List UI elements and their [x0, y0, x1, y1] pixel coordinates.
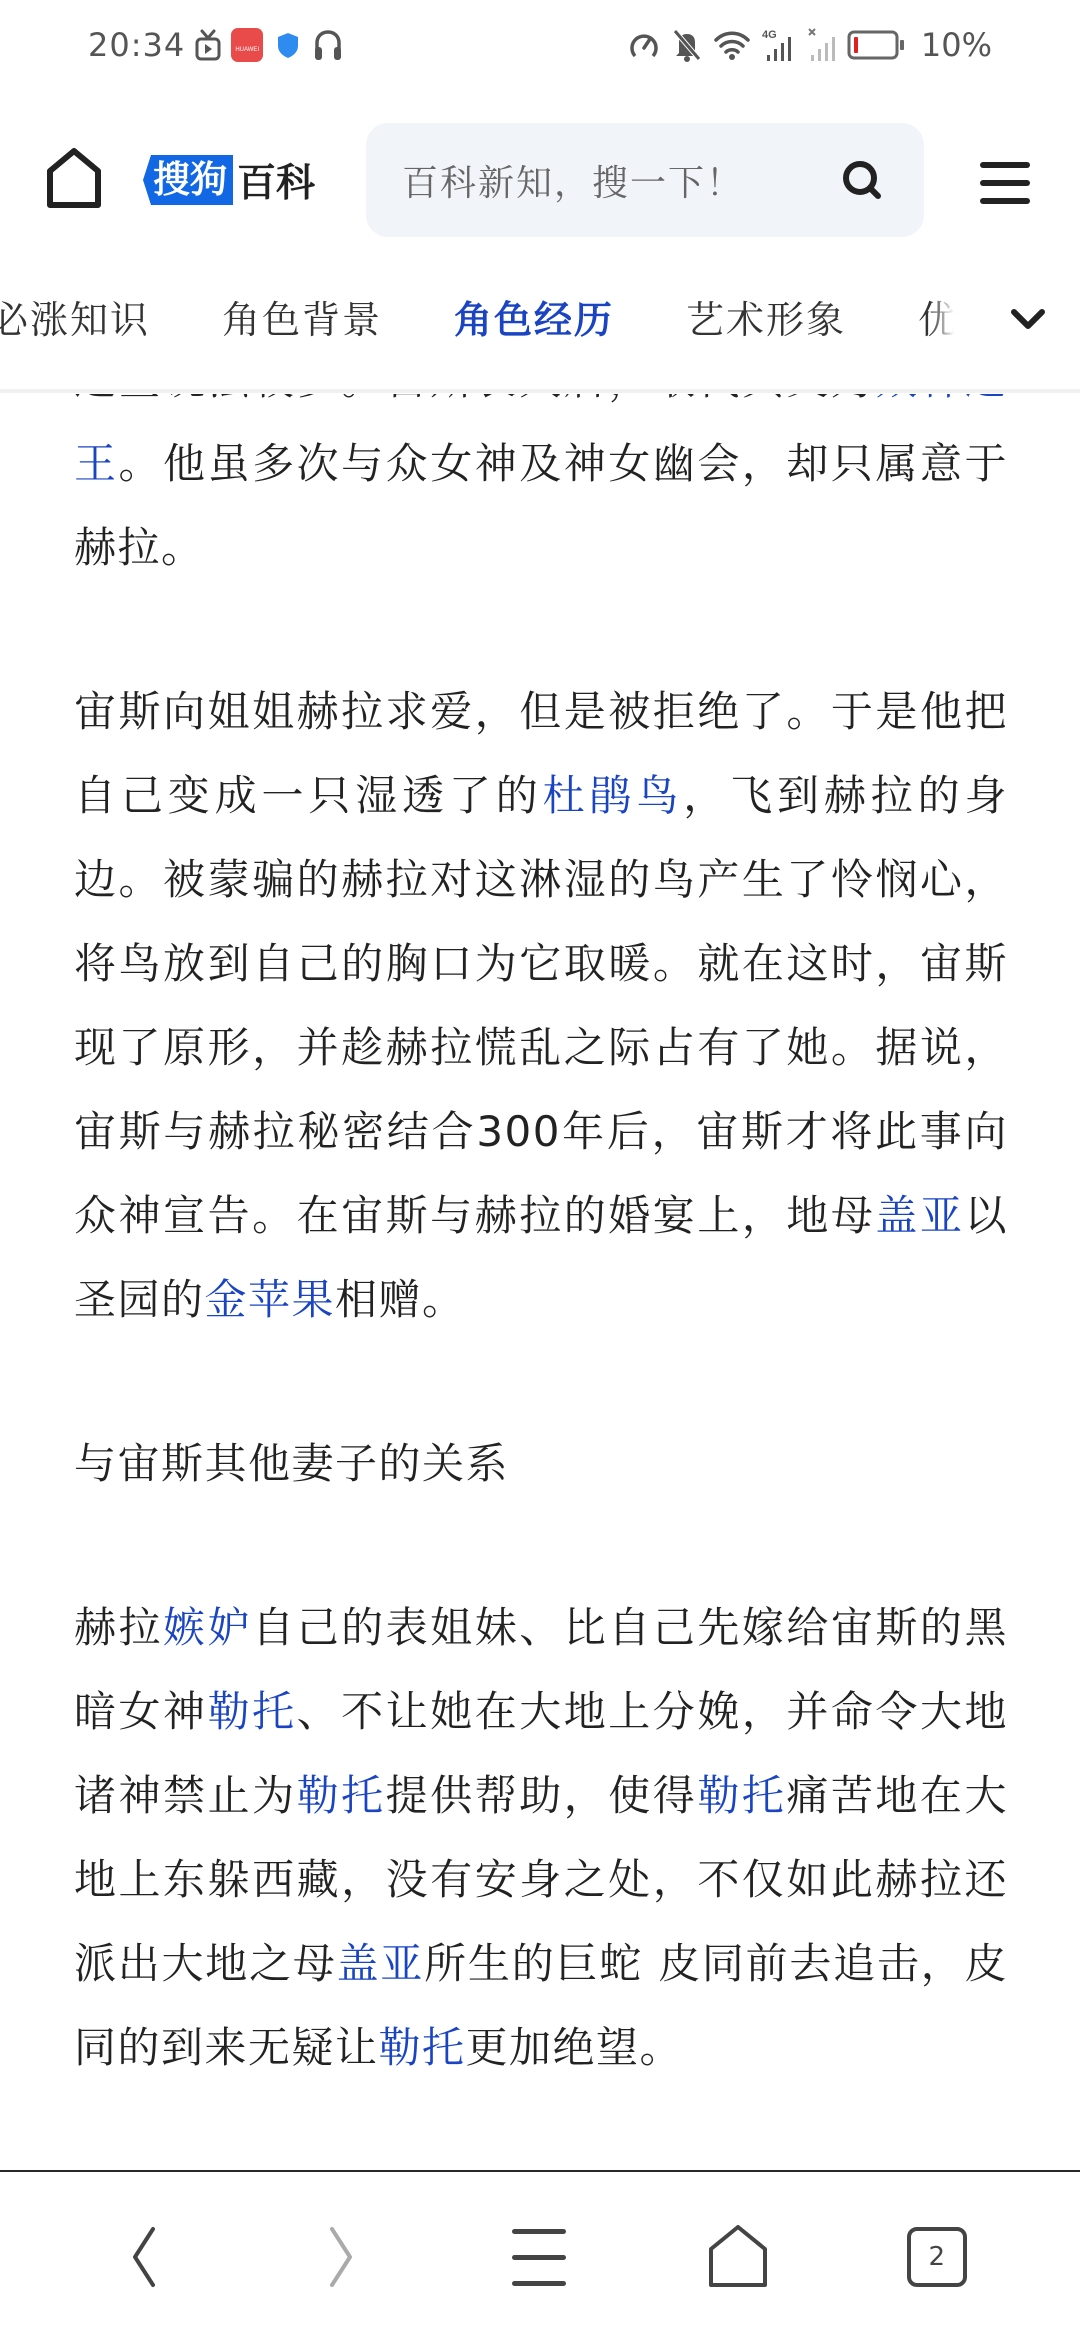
paragraph: 这些说法较少。宙斯长大后，取代其父为众神之王。他虽多次与众女神及神女幽会，却只属…	[74, 394, 1008, 590]
chevron-down-icon	[1010, 308, 1046, 332]
back-button[interactable]	[83, 2172, 203, 2340]
link-golden-apple[interactable]: 金苹果	[205, 1275, 336, 1324]
tv-icon	[195, 29, 221, 61]
hamburger-icon	[980, 161, 1030, 205]
huawei-appgallery-icon: HUAWEI	[231, 28, 263, 62]
home-icon	[707, 2225, 769, 2289]
link-gaia[interactable]: 盖亚	[337, 1939, 425, 1988]
tab-count: 2	[928, 2242, 945, 2272]
section-subheading: 与宙斯其他妻子的关系	[74, 1422, 1008, 1506]
home-icon	[44, 147, 104, 209]
paragraph: 赫拉嫉妒自己的表姐妹、比自己先嫁给宙斯的黑暗女神勒托、不让她在大地上分娩，并命令…	[74, 1586, 1008, 2090]
text: 这些说法较少。宙斯长大后，取代其父为	[74, 394, 875, 404]
tabs-expand-button[interactable]	[950, 250, 1080, 389]
link-jealousy[interactable]: 嫉妒	[163, 1603, 252, 1652]
sogou-baike-logo[interactable]: 搜狗 百科	[143, 155, 315, 205]
browser-bottom-nav: 2	[0, 2170, 1080, 2340]
section-tabs: 必涨知识 角色背景 角色经历 艺术形象 优	[0, 250, 1080, 393]
search-icon[interactable]	[840, 158, 884, 202]
shield-icon	[273, 27, 303, 63]
forward-button[interactable]	[282, 2172, 402, 2340]
svg-text:4G: 4G	[762, 29, 777, 41]
text: 提供帮助，使得	[386, 1771, 698, 1820]
tab-trivia[interactable]: 必涨知识	[0, 290, 150, 350]
tab-character-background[interactable]: 角色背景	[222, 290, 382, 350]
home-button[interactable]	[44, 147, 104, 209]
link-leto[interactable]: 勒托	[379, 2023, 466, 2072]
text: 更加绝望。	[466, 2023, 684, 2072]
status-time: 20:34	[88, 26, 185, 64]
link-gaia[interactable]: 盖亚	[875, 1191, 964, 1240]
browser-home-button[interactable]	[678, 2172, 798, 2340]
article-content[interactable]: 这些说法较少。宙斯长大后，取代其父为众神之王。他虽多次与众女神及神女幽会，却只属…	[0, 394, 1080, 2170]
article-body: 这些说法较少。宙斯长大后，取代其父为众神之王。他虽多次与众女神及神女幽会，却只属…	[74, 394, 1008, 2170]
data-saver-icon	[627, 28, 661, 62]
wifi-icon	[713, 28, 751, 62]
link-leto[interactable]: 勒托	[297, 1771, 386, 1820]
header: 搜狗 百科 百科新知，搜一下！	[0, 123, 1080, 237]
status-right: 4G 10%	[627, 26, 992, 64]
link-leto[interactable]: 勒托	[208, 1687, 297, 1736]
tab-count-badge: 2	[907, 2227, 967, 2287]
text: ，飞到赫拉的身边。被蒙骗的赫拉对这淋湿的鸟产生了怜悯心，将鸟放到自己的胸口为它取…	[74, 771, 1008, 1240]
link-leto[interactable]: 勒托	[697, 1771, 786, 1820]
logo-tag: 搜狗	[143, 155, 233, 205]
battery-percent: 10%	[921, 26, 992, 64]
status-bar: 20:34 HUAWEI 4G 10%	[0, 0, 1080, 90]
chevron-right-icon	[322, 2225, 362, 2289]
tab-artistic-image[interactable]: 艺术形象	[686, 290, 846, 350]
status-left: 20:34 HUAWEI	[88, 26, 343, 64]
chevron-left-icon	[123, 2225, 163, 2289]
logo-text: 百科	[237, 152, 315, 208]
text: 相赠。	[335, 1275, 466, 1324]
tab-track[interactable]: 必涨知识 角色背景 角色经历 艺术形象 优	[0, 290, 1030, 350]
signal-4g-icon: 4G	[761, 27, 797, 63]
browser-menu-button[interactable]	[480, 2172, 600, 2340]
link-cuckoo[interactable]: 杜鹃鸟	[543, 771, 684, 820]
text: 赫拉	[74, 1603, 163, 1652]
headphones-icon	[313, 28, 343, 62]
menu-lines-icon	[510, 2225, 570, 2289]
text: 。他虽多次与众女神及神女幽会，却只属意于赫拉。	[74, 439, 1008, 572]
tab-character-history[interactable]: 角色经历	[454, 290, 614, 350]
menu-button[interactable]	[980, 161, 1030, 205]
huawei-label: HUAWEI	[235, 47, 259, 53]
search-input[interactable]: 百科新知，搜一下！	[366, 123, 924, 237]
bell-muted-icon	[671, 27, 703, 63]
tabs-button[interactable]: 2	[877, 2172, 997, 2340]
signal-no-service-icon	[807, 27, 837, 63]
search-placeholder: 百科新知，搜一下！	[402, 155, 744, 206]
battery-low-icon	[847, 29, 905, 61]
paragraph: 宙斯向姐姐赫拉求爱，但是被拒绝了。于是他把自己变成一只湿透了的杜鹃鸟，飞到赫拉的…	[74, 670, 1008, 1342]
